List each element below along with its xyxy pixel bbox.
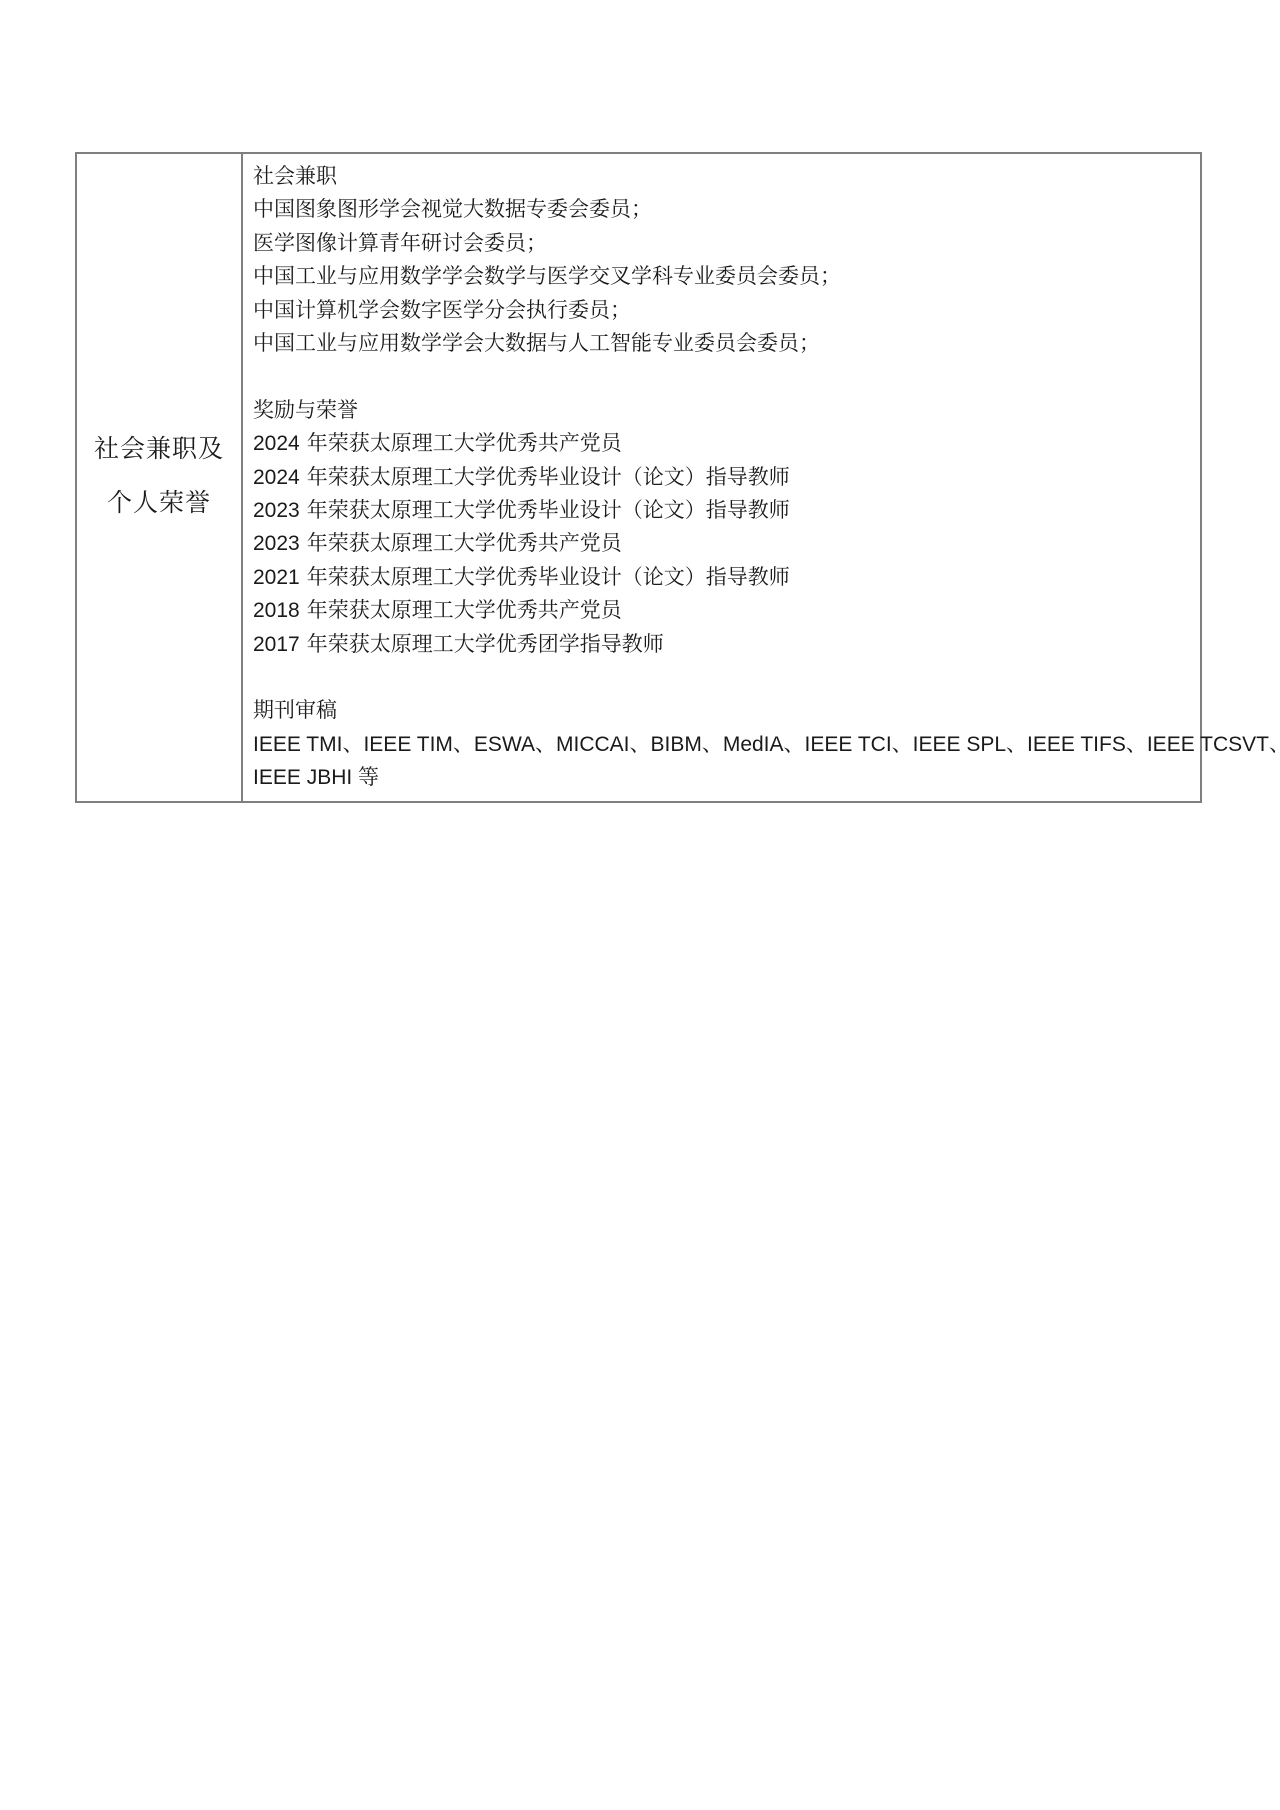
row-header-line-2: 个人荣誉 xyxy=(78,477,240,531)
blank-line xyxy=(253,661,1188,694)
section-title-social-appointments: 社会兼职 xyxy=(253,160,1188,193)
membership-item: 中国计算机学会数字医学分会执行委员； xyxy=(253,294,1188,327)
award-year: 2023 xyxy=(253,499,300,522)
award-year: 2024 xyxy=(253,432,300,455)
award-item: 2017年荣获太原理工大学优秀团学指导教师 xyxy=(253,628,1188,661)
table-row: 社会兼职及 个人荣誉 社会兼职 中国图象图形学会视觉大数据专委会委员； 医学图像… xyxy=(76,153,1201,802)
section-title-journal-review: 期刊审稿 xyxy=(253,694,1188,727)
award-item: 2018年荣获太原理工大学优秀共产党员 xyxy=(253,594,1188,627)
award-year: 2024 xyxy=(253,466,300,489)
award-item: 2023年荣获太原理工大学优秀毕业设计（论文）指导教师 xyxy=(253,494,1188,527)
row-content-cell: 社会兼职 中国图象图形学会视觉大数据专委会委员； 医学图像计算青年研讨会委员； … xyxy=(242,153,1201,802)
row-header-line-1: 社会兼职及 xyxy=(78,423,240,477)
journal-list-line: IEEE TMI、IEEE TIM、ESWA、MICCAI、BIBM、MedIA… xyxy=(253,728,1188,761)
award-text: 年荣获太原理工大学优秀共产党员 xyxy=(307,598,622,622)
award-item: 2024年荣获太原理工大学优秀共产党员 xyxy=(253,427,1188,460)
journal-list-line: IEEE JBHI 等 xyxy=(253,761,1188,794)
membership-item: 医学图像计算青年研讨会委员； xyxy=(253,227,1188,260)
section-title-awards: 奖励与荣誉 xyxy=(253,394,1188,427)
blank-line xyxy=(253,360,1188,393)
membership-item: 中国图象图形学会视觉大数据专委会委员； xyxy=(253,193,1188,226)
award-item: 2023年荣获太原理工大学优秀共产党员 xyxy=(253,527,1188,560)
award-text: 年荣获太原理工大学优秀毕业设计（论文）指导教师 xyxy=(307,498,790,522)
membership-item: 中国工业与应用数学学会大数据与人工智能专业委员会委员； xyxy=(253,327,1188,360)
award-text: 年荣获太原理工大学优秀共产党员 xyxy=(307,431,622,455)
award-item: 2021年荣获太原理工大学优秀毕业设计（论文）指导教师 xyxy=(253,561,1188,594)
award-year: 2017 xyxy=(253,633,300,656)
award-text: 年荣获太原理工大学优秀毕业设计（论文）指导教师 xyxy=(307,465,790,489)
award-text: 年荣获太原理工大学优秀共产党员 xyxy=(307,531,622,555)
award-text: 年荣获太原理工大学优秀团学指导教师 xyxy=(307,632,664,656)
award-year: 2021 xyxy=(253,566,300,589)
award-item: 2024年荣获太原理工大学优秀毕业设计（论文）指导教师 xyxy=(253,461,1188,494)
membership-item: 中国工业与应用数学学会数学与医学交叉学科专业委员会委员； xyxy=(253,260,1188,293)
row-header-cell: 社会兼职及 个人荣誉 xyxy=(76,153,242,802)
award-year: 2018 xyxy=(253,599,300,622)
award-text: 年荣获太原理工大学优秀毕业设计（论文）指导教师 xyxy=(307,565,790,589)
document-page: 社会兼职及 个人荣誉 社会兼职 中国图象图形学会视觉大数据专委会委员； 医学图像… xyxy=(0,0,1280,1810)
award-year: 2023 xyxy=(253,532,300,555)
profile-table: 社会兼职及 个人荣誉 社会兼职 中国图象图形学会视觉大数据专委会委员； 医学图像… xyxy=(75,152,1202,803)
